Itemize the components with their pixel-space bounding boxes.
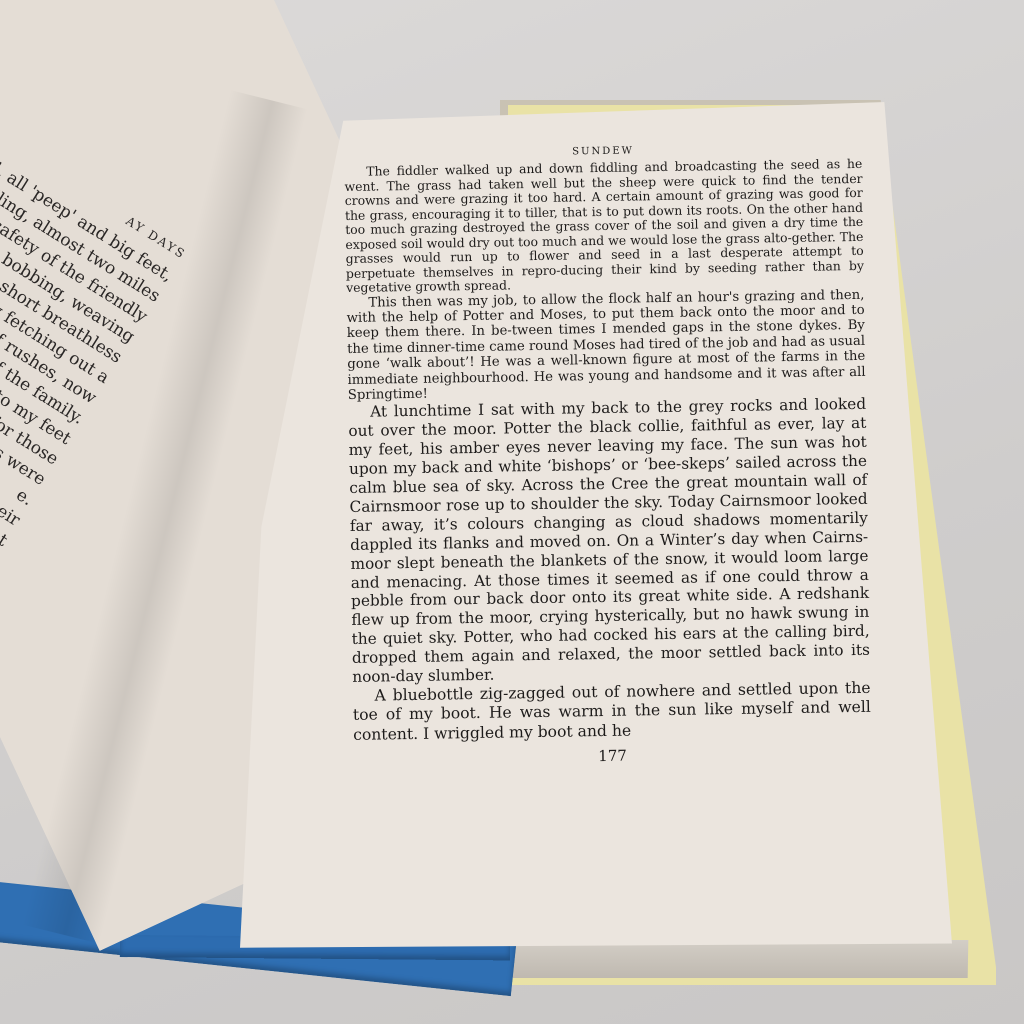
- paragraph: The fiddler walked up and down fiddling …: [344, 157, 864, 296]
- paragraph: A bluebottle zig-zagged out of nowhere a…: [352, 679, 871, 746]
- photo-scene: AY DAYS ildered, all 'peep' and big feet…: [0, 0, 1024, 1024]
- paragraph: This then was my job, to allow the flock…: [346, 287, 866, 403]
- paragraph: At lunchtime I sat with my back to the g…: [348, 395, 870, 687]
- right-page-text: SUNDEW The fiddler walked up and down fi…: [344, 142, 872, 769]
